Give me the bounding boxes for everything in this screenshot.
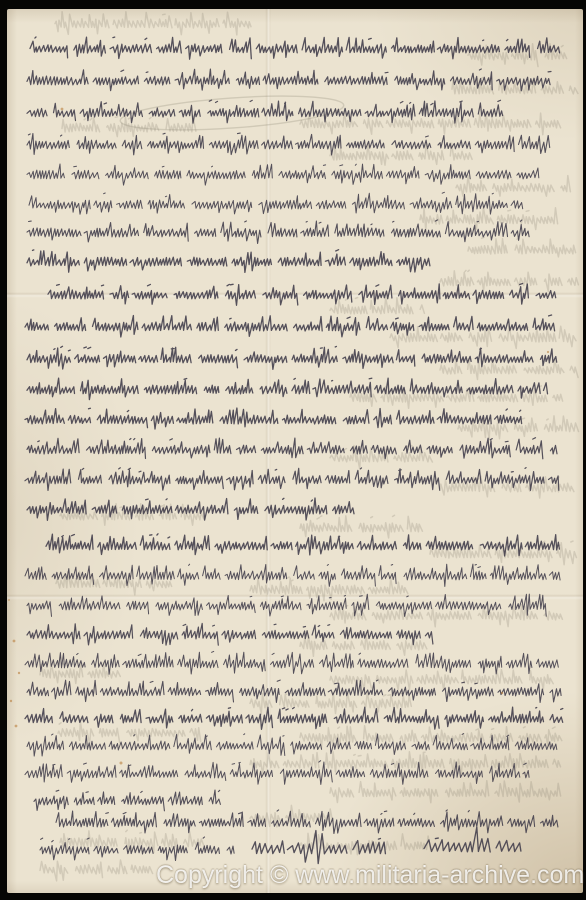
bleedthrough-line: [250, 692, 411, 715]
bleedthrough-line: [55, 12, 251, 35]
handwriting-line: [27, 438, 557, 459]
handwriting-line: [27, 133, 550, 155]
bleedthrough-line: [330, 298, 424, 314]
handwriting-line: [27, 250, 430, 273]
handwriting-line: [48, 284, 556, 306]
bleedthrough-line: [300, 515, 422, 538]
foxing-speck: [18, 672, 20, 674]
handwriting-line: [34, 790, 220, 811]
handwriting-line: [29, 192, 523, 214]
signature-stroke: [424, 827, 521, 852]
handwriting-line: [25, 315, 555, 337]
handwriting-layer: [0, 0, 586, 900]
bleedthrough-line: [330, 781, 561, 803]
foxing-speck: [120, 762, 123, 765]
foxing-speck: [10, 700, 12, 702]
bleedthrough-line: [440, 270, 578, 291]
foxing-speck: [61, 108, 64, 111]
foxing-speck: [15, 725, 18, 728]
bleedthrough-line: [456, 176, 570, 197]
letter-scan: Copyright © www.militaria-archive.com: [0, 0, 586, 900]
foxing-speck: [13, 640, 16, 643]
foxing-speck: [547, 351, 549, 353]
bleedthrough-line: [58, 721, 201, 743]
bleedthrough-ink: [40, 12, 579, 881]
bleedthrough-line: [300, 634, 427, 657]
handwriting-line: [25, 408, 522, 429]
foxing-speck: [8, 599, 10, 601]
handwriting-line: [27, 220, 529, 243]
handwriting-line: [27, 346, 557, 369]
handwriting-line: [27, 734, 557, 756]
bleedthrough-line: [330, 670, 553, 691]
bleedthrough-line: [62, 117, 196, 137]
handwriting-line: [27, 69, 551, 91]
foxing-speck: [501, 692, 503, 694]
bleedthrough-line: [40, 860, 153, 881]
copyright-watermark: Copyright © www.militaria-archive.com: [156, 861, 584, 890]
handwriting-line: [46, 534, 559, 556]
handwriting-line: [27, 164, 539, 185]
handwriting-line: [27, 623, 433, 645]
handwriting-line: [25, 707, 563, 729]
bleedthrough-line: [468, 237, 576, 257]
